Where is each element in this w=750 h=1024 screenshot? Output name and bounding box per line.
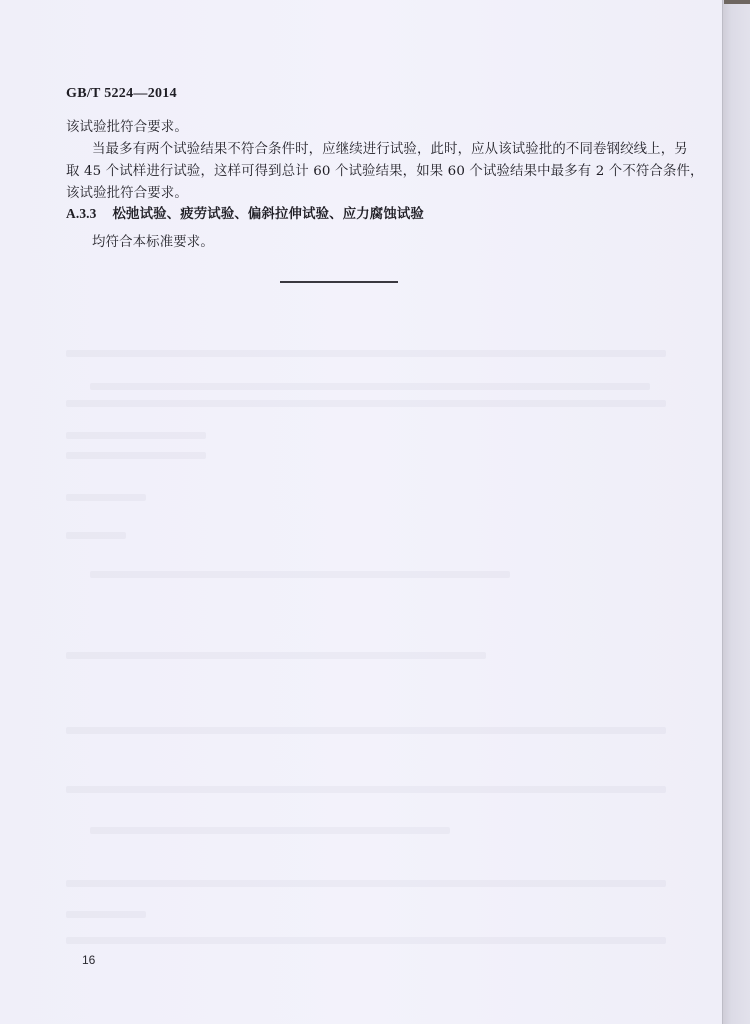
bleed-through-artifact bbox=[90, 827, 450, 834]
bleed-through-artifact bbox=[66, 786, 666, 793]
document-page: GB/T 5224—2014 该试验批符合要求。 当最多有两个试验结果不符合条件… bbox=[0, 0, 722, 1024]
bleed-through-artifact bbox=[90, 571, 510, 578]
bleed-through-artifact bbox=[66, 432, 206, 439]
bleed-through-artifact bbox=[66, 937, 666, 944]
scan-page-edge bbox=[722, 0, 750, 1024]
bleed-through-artifact bbox=[66, 652, 486, 659]
section-heading: A.3.3松弛试验、疲劳试验、偏斜拉伸试验、应力腐蚀试验 bbox=[66, 206, 424, 222]
bleed-through-artifact bbox=[66, 880, 666, 887]
section-content: 均符合本标准要求。 bbox=[92, 235, 214, 251]
page-number: 16 bbox=[82, 953, 95, 967]
standard-code-header: GB/T 5224—2014 bbox=[66, 86, 177, 102]
bleed-through-artifact bbox=[66, 911, 146, 918]
bleed-through-artifact bbox=[66, 532, 126, 539]
scan-corner-shadow bbox=[724, 0, 750, 4]
bleed-through-artifact bbox=[66, 494, 146, 501]
bleed-through-artifact bbox=[66, 727, 666, 734]
section-title: 松弛试验、疲劳试验、偏斜拉伸试验、应力腐蚀试验 bbox=[113, 206, 424, 222]
bleed-through-artifact bbox=[66, 350, 666, 357]
paragraph-line-3: 该试验批符合要求。 bbox=[66, 186, 188, 202]
bleed-through-artifact bbox=[66, 452, 206, 459]
paragraph-line-1: 当最多有两个试验结果不符合条件时，应继续进行试验，此时，应从该试验批的不同卷钢绞… bbox=[92, 142, 688, 158]
bleed-through-artifact bbox=[66, 400, 666, 407]
bleed-through-artifact bbox=[90, 383, 650, 390]
continued-text-line: 该试验批符合要求。 bbox=[66, 120, 188, 136]
end-of-document-rule bbox=[280, 281, 398, 283]
paragraph-line-2: 取 45 个试样进行试验，这样可得到总计 60 个试验结果，如果 60 个试验结… bbox=[66, 164, 704, 180]
section-number: A.3.3 bbox=[66, 206, 97, 221]
